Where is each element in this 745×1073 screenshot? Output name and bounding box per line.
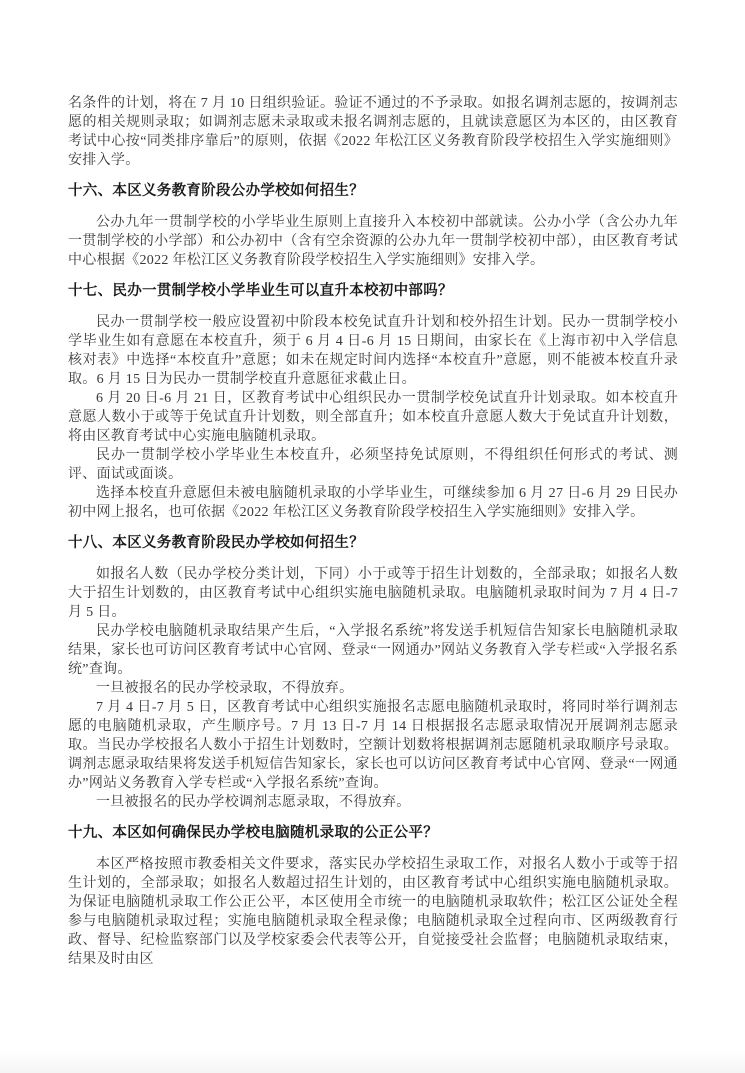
section-18-paragraph-1: 如报名人数（民办学校分类计划，下同）小于或等于招生计划数的，全部录取；如报名人数… [68,565,678,622]
section-17-paragraph-4: 选择本校直升意愿但未被电脑随机录取的小学毕业生，可继续参加 6 月 27 日-6… [68,484,678,522]
section-18: 十八、本区义务教育阶段民办学校如何招生？ 如报名人数（民办学校分类计划，下同）小… [68,534,678,812]
section-18-paragraph-3: 一旦被报名的民办学校录取，不得放弃。 [68,679,678,698]
section-17-paragraph-3: 民办一贯制学校小学毕业生本校直升，必须坚持免试原则，不得组织任何形式的考试、测评… [68,446,678,484]
section-16: 十六、本区义务教育阶段公办学校如何招生？ 公办九年一贯制学校的小学毕业生原则上直… [68,182,678,270]
continuation-paragraph: 名条件的计划，将在 7 月 10 日组织验证。验证不通过的不予录取。如报名调剂志… [68,94,678,170]
document-page: 名条件的计划，将在 7 月 10 日组织验证。验证不通过的不予录取。如报名调剂志… [0,0,745,1073]
section-17-heading: 十七、民办一贯制学校小学毕业生可以直升本校初中部吗？ [68,282,678,301]
section-19: 十九、本区如何确保民办学校电脑随机录取的公正公平？ 本区严格按照市教委相关文件要… [68,824,678,969]
document-content: 名条件的计划，将在 7 月 10 日组织验证。验证不通过的不予录取。如报名调剂志… [68,94,678,969]
section-17-paragraph-1: 民办一贯制学校一般应设置初中阶段本校免试直升计划和校外招生计划。民办一贯制学校小… [68,313,678,389]
page-bottom-edge [0,1051,745,1073]
section-16-heading: 十六、本区义务教育阶段公办学校如何招生？ [68,182,678,201]
section-17-paragraph-2: 6 月 20 日-6 月 21 日，区教育考试中心组织民办一贯制学校免试直升计划… [68,389,678,446]
section-16-paragraph-1: 公办九年一贯制学校的小学毕业生原则上直接升入本校初中部就读。公办小学（含公办九年… [68,213,678,270]
section-18-heading: 十八、本区义务教育阶段民办学校如何招生？ [68,534,678,553]
section-18-paragraph-4: 7 月 4 日-7 月 5 日，区教育考试中心组织实施报名志愿电脑随机录取时，将… [68,698,678,793]
section-17: 十七、民办一贯制学校小学毕业生可以直升本校初中部吗？ 民办一贯制学校一般应设置初… [68,282,678,522]
section-18-paragraph-2: 民办学校电脑随机录取结果产生后，“入学报名系统”将发送手机短信告知家长电脑随机录… [68,622,678,679]
section-19-paragraph-1: 本区严格按照市教委相关文件要求，落实民办学校招生录取工作，对报名人数小于或等于招… [68,855,678,969]
section-19-heading: 十九、本区如何确保民办学校电脑随机录取的公正公平？ [68,824,678,843]
section-18-paragraph-5: 一旦被报名的民办学校调剂志愿录取，不得放弃。 [68,793,678,812]
